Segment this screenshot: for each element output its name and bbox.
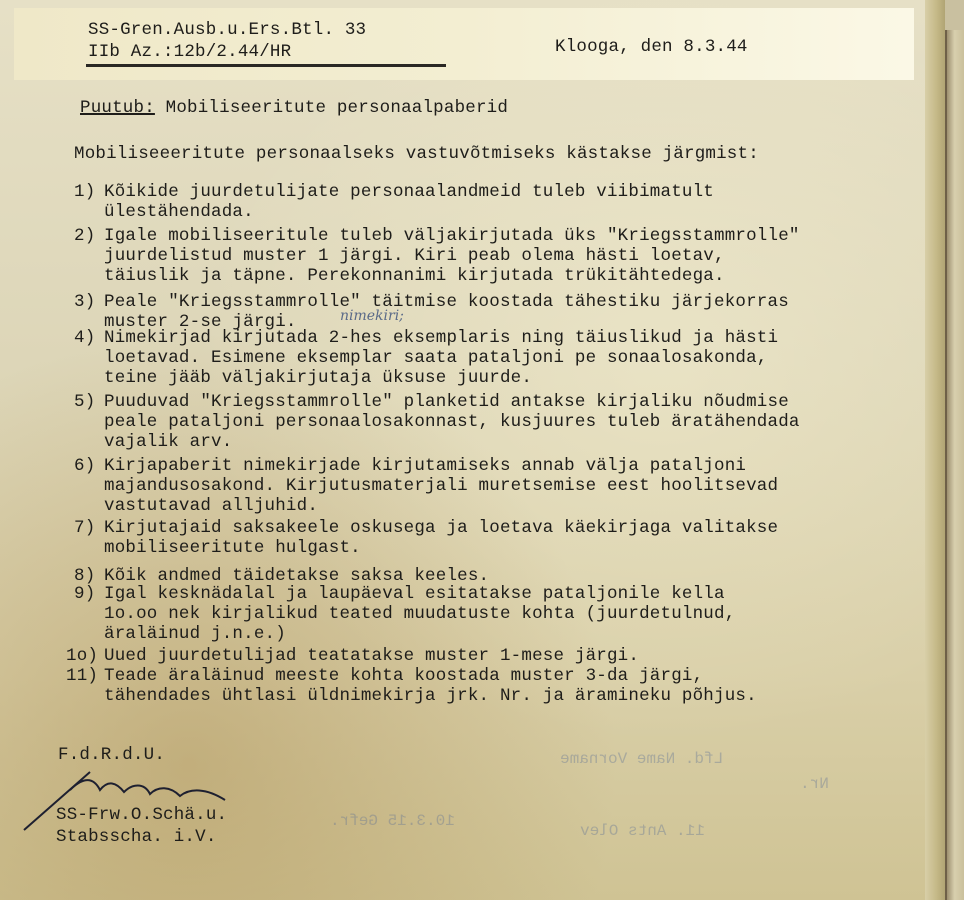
item-text-line: mobiliseeritute hulgast. — [104, 538, 361, 558]
item-number: 4) — [74, 328, 95, 348]
bleed-through-text: Nr. — [800, 775, 829, 793]
item-number: 5) — [74, 392, 95, 412]
bleed-through-text: Lfd. Name Vorname — [560, 750, 723, 768]
subject-label: Puutub: — [80, 98, 155, 118]
reference-number: IIb Az.:12b/2.44/HR — [88, 42, 291, 62]
item-text-line: 1o.oo nek kirjalikud teated muudatuste k… — [104, 604, 735, 624]
handwritten-note: nimekiri; — [340, 308, 404, 324]
item-text-line: juurdelistud muster 1 järgi. Kiri peab o… — [104, 246, 725, 266]
item-text-line: vajalik arv. — [104, 432, 232, 452]
item-text-line: vastutavad alljuhid. — [104, 496, 318, 516]
item-text-line: Puuduvad "Kriegsstammrolle" planketid an… — [104, 392, 789, 412]
item-number: 8) — [74, 566, 95, 586]
bleed-through-text: 10.3.15 Gefr. — [330, 812, 455, 830]
item-text-line: äraläinud j.n.e.) — [104, 624, 286, 644]
item-text-line: loetavad. Esimene eksemplar saata patalj… — [104, 348, 768, 368]
item-number: 1) — [74, 182, 95, 202]
item-number: 3) — [74, 292, 95, 312]
item-text-line: Kõik andmed täidetakse saksa keeles. — [104, 566, 489, 586]
signer-rank: SS-Frw.O.Schä.u. — [56, 805, 227, 825]
item-text-line: Kirjutajaid saksakeele oskusega ja loeta… — [104, 518, 778, 538]
item-number: 6) — [74, 456, 95, 476]
place-date: Klooga, den 8.3.44 — [555, 37, 748, 57]
item-number: 9) — [74, 584, 95, 604]
signer-title: Stabsscha. i.V. — [56, 827, 217, 847]
item-text-line: Nimekirjad kirjutada 2-hes eksemplaris n… — [104, 328, 778, 348]
item-text-line: ülestähendada. — [104, 202, 254, 222]
item-text-line: täiuslik ja täpne. Perekonnanimi kirjuta… — [104, 266, 725, 286]
item-text-line: peale pataljoni personaalosakonnast, kus… — [104, 412, 800, 432]
page-edge — [925, 0, 945, 900]
subject-text: Mobiliseeritute personaalpaberid — [166, 98, 508, 118]
subject-line: Puutub: Mobiliseeritute personaalpaberid — [80, 98, 508, 118]
document-page: Lfd. Name Vorname Nr. 11. Ants Olev 10.3… — [0, 0, 945, 900]
header-underline — [86, 64, 446, 67]
unit-designation: SS-Gren.Ausb.u.Ers.Btl. 33 — [88, 20, 366, 40]
item-number: 2) — [74, 226, 95, 246]
item-text-line: Peale "Kriegsstammrolle" täitmise koosta… — [104, 292, 789, 312]
item-text-line: Igal kesknädalal ja laupäeval esitatakse… — [104, 584, 725, 604]
item-text-line: Uued juurdetulijad teatatakse muster 1-m… — [104, 646, 639, 666]
item-text-line: tähendades ühtlasi üldnimekirja jrk. Nr.… — [104, 686, 757, 706]
bleed-through-text: 11. Ants Olev — [580, 822, 705, 840]
item-number: 1o) — [66, 646, 98, 666]
item-text-line: majandusosakond. Kirjutusmaterjali muret… — [104, 476, 778, 496]
intro-text: Mobiliseeeritute personaalseks vastuvõtm… — [74, 144, 759, 164]
item-number: 7) — [74, 518, 95, 538]
item-text-line: Kõikide juurdetulijate personaalandmeid … — [104, 182, 714, 202]
item-text-line: Kirjapaberit nimekirjade kirjutamiseks a… — [104, 456, 746, 476]
item-text-line: Igale mobiliseeritule tuleb väljakirjuta… — [104, 226, 800, 246]
back-sheet-edge — [945, 30, 964, 900]
item-text-line: Teade äraläinud meeste kohta koostada mu… — [104, 666, 703, 686]
item-text-line: teine jääb väljakirjutaja üksuse juurde. — [104, 368, 532, 388]
item-number: 11) — [66, 666, 98, 686]
